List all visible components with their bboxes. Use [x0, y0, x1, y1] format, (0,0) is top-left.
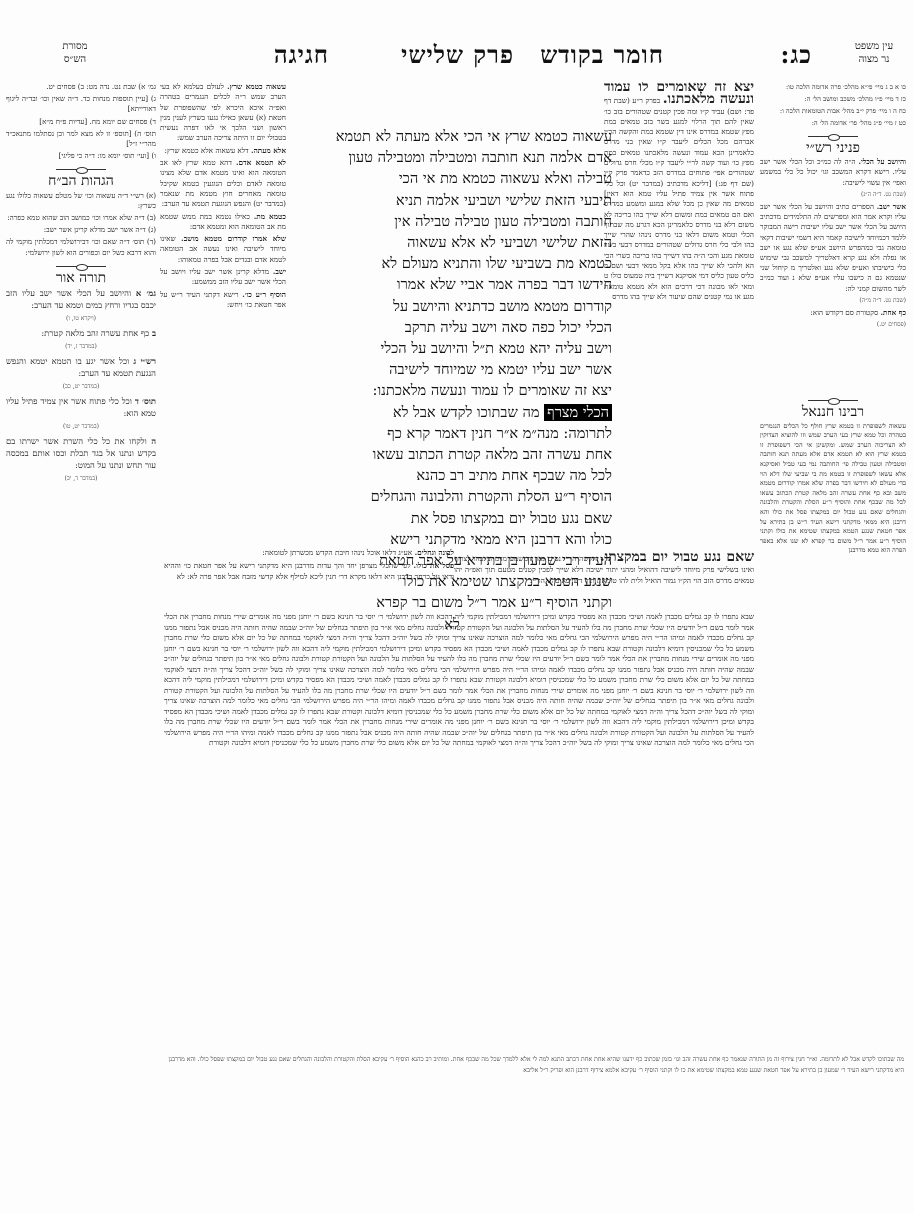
rashi-dibbur-hamatchil: ישב.: [273, 267, 286, 276]
rashi-text: לעולם בעלמא לא בעי הערב שמש ר״ה לכלים הנ…: [160, 82, 286, 142]
penei-rashi-text: סקטורת סם דקודש הוא:: [810, 308, 878, 317]
penei-rashi-ref: (שבת נט. ד״ה מ״ה): [760, 296, 906, 306]
ornament-divider: [808, 400, 858, 401]
gemara-line: חותבה ומטבילה טעון טבילה טבילה אין: [292, 211, 612, 232]
rashi-column: עשאוה כטמא שרץ. לעולם בעלמא לא בעי הערב …: [160, 82, 286, 542]
gemara-line: הזאת שלישי ושביעי לא אלא עשאוה: [292, 232, 612, 253]
rashi-text: אע״ג דלאו אוכל נינהו חיבת הקדש מכשרתן לט…: [262, 548, 412, 557]
hagahot-habach-title: הגהות הב״ח: [6, 176, 156, 186]
mesorat-heading: מסורת הש״ס: [45, 40, 105, 66]
gemara-line: הכלי יכול כפה סאה וישב עליה תרקב: [292, 317, 612, 338]
ornament-divider: [56, 169, 106, 170]
gemara-line: לתרומה: מנה״מ א״ר חנין דאמר קרא כף: [292, 423, 612, 444]
mishnah-text: מה שבתוכו לקדש אבל לא: [393, 404, 540, 421]
torah-or-ref: (ויקרא טו, ו): [6, 313, 156, 325]
gemara-line: אשר ישב עליו יטמא מי שמיוחד לישיבה: [292, 359, 612, 380]
page-header: עין משפט נר מצוה כג: חומר בקודש פרק שליש…: [0, 40, 914, 80]
torah-or-verse: כף אחת עשרה זהב מלאה קטרת:: [41, 328, 149, 338]
mesorat-item: ו) [ועי׳ תוס׳ יומא מו: ד״ה כי פליגי]: [6, 151, 156, 161]
torah-or-label: ב: [152, 328, 156, 338]
gemara-line: קודרום מטמא מושב כדתניא והיושב על: [292, 296, 612, 317]
daf-number: כג:: [780, 40, 812, 70]
torah-or-ref: (במדבר ז, יד): [6, 341, 156, 353]
penei-rashi-title: פניני רש״י: [760, 143, 906, 153]
hagahot-item: (ד) תוס׳ ד״ה שאם וכו׳ דבירושלמי דמכלתין …: [6, 237, 156, 257]
rashi-dibbur-hamatchil: שלא אמרו קודרום מטמא מושב.: [181, 234, 286, 243]
rashi-dibbur-hamatchil: לא תטמא אדם.: [236, 158, 286, 167]
rashi-dibbur-hamatchil: עשאוה כטמא שרץ.: [227, 82, 286, 91]
mesorat-item: תוס׳ ה) [תוספ׳ זו לא מצא למר וכן נסתלמו …: [6, 129, 156, 149]
torah-or-ref: (במדבר ד, יב): [6, 473, 156, 485]
hagahot-item: (ב) ד״ה שלא אמרו וכו׳ כמושב הוב שהוא טמא…: [6, 213, 156, 223]
rashi-dibbur-hamatchil: הוסיף ר״ע כו׳.: [242, 290, 286, 299]
torah-or-ref: (במדבר יט, טו): [6, 421, 156, 433]
hagahot-section: (א) רש״י ד״ה עשאוה וכו׳ של מטלם עשאוה כל…: [6, 191, 156, 258]
rashi-dibbur-hamatchil: לבונה וגחלים.: [415, 548, 454, 557]
rabbenu-chananel-text: עשאוה לשפופרת זו בטמא שרץ חולף כל הכלים …: [760, 422, 906, 556]
torah-or-verse: והיושב על הכלי אשר ישב עליו הזב יכבס בגד…: [6, 288, 156, 310]
hagahot-item: (א) רש״י ד״ה עשאוה וכו׳ של מטלם עשאוה כל…: [6, 191, 156, 211]
torah-or-verse: וכל כלי פתוח אשר אין צמיד פתיל עליו טמא …: [6, 396, 156, 418]
rashi-text: לפי שהכלי מצרפן יחד והך עדות מדרבנן היא …: [164, 561, 454, 581]
gemara-line: כולו והא דרבנן היא ממאי מדקתני רישא: [292, 529, 612, 550]
ein-mishpat-item: כח ה ו מיי׳ פרק י״ב מהל׳ אבות הטומאות הל…: [760, 106, 906, 116]
gemara-line: טבילה ואלא עשאוה כטמא מת אי הכי: [292, 168, 612, 189]
ornament-divider: [808, 136, 858, 137]
gemara-line: לכל מה שבכף אחת מתיב רב כהנא: [292, 465, 612, 486]
gemara-line: תיבעי הזאת שלישי ושביעי אלמה תניא: [292, 190, 612, 211]
torah-or-label: גמ׳ א: [136, 288, 156, 298]
gemara-line: אדם אלמה תנא חותבה ומטבילה ומטבילה טעון: [292, 147, 612, 168]
penei-rashi-ref: (פסחים יט.): [760, 320, 906, 330]
torah-or-verse: ולקחו את כל כלי השרת אשר ישרתו בם בקדש ו…: [6, 436, 156, 470]
rashi-lower: לבונה וגחלים. אע״ג דלאו אוכל נינהו חיבת …: [164, 548, 454, 608]
gemara-line: עשאוה כטמא שרץ אי הכי אלא מעתה לא תטמא: [292, 126, 612, 147]
ein-mishpat-heading: עין משפט נר מצוה: [844, 40, 904, 66]
penei-rashi-lead: אשר ישב.: [877, 202, 906, 211]
rashi-dibbur-hamatchil: אלא מעתה.: [251, 146, 286, 155]
rashi-text: מדלא קרינן אשר ישב עליו ויושב על הכלי אש…: [160, 267, 286, 286]
left-margin-column: גמ׳ א) שבת נט. נדה מט: ב) פסחים יט. ג) […: [6, 82, 156, 742]
penei-rashi-lead: והיושב על הכלי.: [858, 157, 906, 166]
right-margin-column: כו א ב ג מיי׳ פי״א מהלכ׳ פרה אדומה הלכה …: [760, 82, 906, 1112]
ein-mishpat-item: כט ז מיי׳ פ״ג מהל׳ פר׳ אדומה הל׳ ה:: [760, 118, 906, 128]
gemara-line: הוסיף ר״ע הסלת והקטרת והלבונה והגחלים: [292, 486, 612, 507]
mesorat-item: ד) פסחים שם יומא מח. [עדיות פ״ח מ״א]: [6, 117, 156, 127]
gemara-line: כטמא מת בשביעי שלו והתניא מעולם לא: [292, 253, 612, 274]
perek-label: פרק שלישי: [401, 40, 514, 70]
mesorat-section: גמ׳ א) שבת נט. נדה מט: ב) פסחים יט. ג) […: [6, 82, 156, 161]
gemara-line: יצא זה שאומרים לו עמוד ונעשה מלאכתנו:: [292, 380, 612, 401]
tosafot-dibbur-hamatchil: שאם נגע טבול יום במקצתו.: [600, 552, 754, 565]
tosafot-column: יצא זה שאומרים לו עמוד ונעשה מלאכתנו. בפ…: [604, 82, 754, 552]
mesorat-item: ג) [עיין תוספות מנחות כד. ד״ה שאין וכו׳ …: [6, 94, 156, 114]
torah-or-label: רש״י ג: [133, 356, 156, 366]
torah-or-section: גמ׳ א והיושב על הכלי אשר ישב עליו הזב יכ…: [6, 287, 156, 485]
torah-or-title: תורה אור: [6, 273, 156, 283]
tosafot-wide-text: שבא נתפרו לו קב גמלים מכבדן לאמה ושיכי מ…: [164, 612, 754, 1052]
ein-mishpat-item: כז ד מיי׳ פ״ו מהלכ׳ משכב ומושב הל׳ ה:: [760, 94, 906, 104]
torah-or-label: ה: [151, 436, 156, 446]
tosafot-lower: שאם נגע טבול יום במקצתו. הקשה הר״י נסים …: [454, 552, 754, 610]
penei-rashi-ref: (שבת נט. ד״ה ה״ג): [760, 190, 906, 200]
ein-mishpat-section: כו א ב ג מיי׳ פי״א מהלכ׳ פרה אדומה הלכה …: [760, 82, 906, 128]
tractate-name: חגיגה: [274, 40, 329, 70]
penei-rashi-text: הספרים כתיב והיושב על הכלי אשר ישב עליו …: [760, 202, 906, 293]
chapter-name: חומר בקודש: [540, 40, 664, 70]
gemara-line: אחת עשרה זהב מלאה קטרת הכתוב עשאו: [292, 444, 612, 465]
torah-or-ref: (במדבר יט, כב): [6, 381, 156, 393]
penei-rashi-section: והיושב על הכלי. ה״ה לה כמ״כ וכל הכלי אשר…: [760, 157, 906, 330]
torah-or-label: תוס׳ ד: [135, 396, 156, 406]
rashi-dibbur-hamatchil: פסל את כולו.: [413, 561, 454, 570]
mishnah-heading: הכלי מצרף: [544, 404, 612, 421]
rashi-text: דלא עשאוה אלא כטמא שרץ:: [165, 146, 249, 155]
rashi-dibbur-hamatchil: כטמא מת.: [254, 212, 286, 221]
ein-mishpat-item: כו א ב ג מיי׳ פי״א מהלכ׳ פרה אדומה הלכה …: [760, 82, 906, 92]
gemara-line: שאם נגע טבול יום במקצתו פסל את: [292, 508, 612, 529]
mesorat-item: גמ׳ א) שבת נט. נדה מט: ב) פסחים יט.: [6, 82, 156, 92]
rabbenu-chananel-title: רבינו חננאל: [760, 407, 906, 417]
gemara-line: חידשו דבר בפרה אמר אביי שלא אמרו: [292, 274, 612, 295]
mishnah-line: הכלי מצרף מה שבתוכו לקדש אבל לא: [292, 402, 612, 423]
ornament-divider: [56, 266, 106, 267]
tosafot-text: בפרק ר״ע (שבת דף פד: ושם) עביד ק״ו ומה פ…: [604, 96, 754, 301]
penei-rashi-lead: כף אחת.: [881, 308, 907, 317]
gemara-line: וישב עליה יהא טמא ת״ל והיושב על הכלי: [292, 338, 612, 359]
hagahot-item: (ג) ד״ה אשר ישב מדלא קרינן אשר ישב:: [6, 225, 156, 235]
bottom-note: מה שבתוכו לקדש אבל לא לתרומה. וא״ר חנין …: [164, 1054, 904, 1076]
